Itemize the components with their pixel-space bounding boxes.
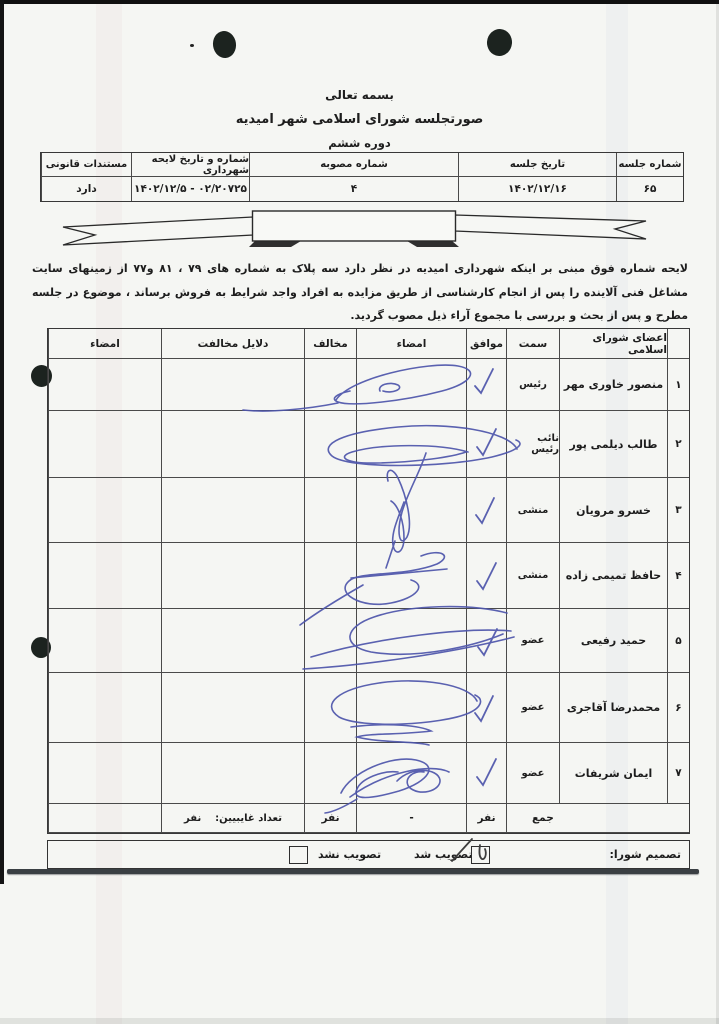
vote-table: اعضای شورای اسلامی سمت موافق امضاء مخالف… (47, 328, 690, 834)
scan-edge-bottom (0, 1018, 719, 1024)
oppose-cell (304, 743, 356, 804)
scan-shadow-line (7, 869, 699, 874)
oppose-reason-cell (161, 673, 304, 743)
member-name: منصور خاوری مهر (559, 359, 667, 411)
opposer-signature-cell (48, 543, 161, 609)
info-value-cell: ۴ (249, 177, 458, 201)
info-value-cell: ۱۴۰۲/۱۲/۱۶ (458, 177, 616, 201)
decision-label: تصمیم شورا: (609, 841, 681, 868)
member-position: عضو (506, 609, 559, 673)
oppose-reason-cell (161, 743, 304, 804)
totals-empty-cell (48, 804, 161, 833)
session-info-table: شماره جلسه تاریخ جلسه شماره مصوبه شماره … (40, 152, 684, 202)
punch-hole-mark (211, 30, 238, 60)
oppose-reason-cell (161, 411, 304, 478)
decision-bar: تصمیم شورا: تصویب شد تصویب نشد (47, 840, 690, 869)
row-number: ۱ (667, 359, 689, 411)
totals-signature-cell: - (356, 804, 466, 833)
info-header-cell: شماره مصوبه (249, 153, 458, 177)
opposer-signature-cell (48, 743, 161, 804)
signature-cell (356, 543, 466, 609)
totals-agree-cell: نفر (466, 804, 506, 833)
oppose-cell (304, 359, 356, 411)
approved-label: تصویب شد (414, 841, 473, 868)
agree-cell (466, 359, 506, 411)
vote-header-oppose: مخالف (304, 329, 356, 359)
oppose-reason-cell (161, 478, 304, 543)
info-header-cell: مستندات قانونی (41, 153, 131, 177)
term-subtitle: دوره ششم (0, 136, 719, 150)
member-position: منشی (506, 478, 559, 543)
scanned-council-minutes-page: بسمه تعالی صورتجلسه شورای اسلامی شهر امی… (0, 0, 719, 1024)
member-position: نائب رئیس (506, 411, 559, 478)
member-name: محمدرضا آقاجری (559, 673, 667, 743)
vote-header-oppose-reasons: دلایل مخالفت (161, 329, 304, 359)
agree-cell (466, 609, 506, 673)
bismillah-text: بسمه تعالی (0, 88, 719, 102)
signature-cell (356, 478, 466, 543)
punch-hole-mark (486, 28, 514, 57)
member-name: خسرو مرویان (559, 478, 667, 543)
row-number: ۲ (667, 411, 689, 478)
scan-edge-left (0, 0, 4, 884)
member-name: طالب دیلمی پور (559, 411, 667, 478)
agree-cell (466, 478, 506, 543)
signature-cell (356, 609, 466, 673)
signature-cell (356, 359, 466, 411)
vote-header-rowno (667, 329, 689, 359)
row-number: ۵ (667, 609, 689, 673)
row-number: ۷ (667, 743, 689, 804)
member-name: حافظ تمیمی زاده (559, 543, 667, 609)
ink-speck (190, 44, 194, 47)
vote-header-signature: امضاء (356, 329, 466, 359)
page-title: صورتجلسه شورای اسلامی شهر امیدیه (0, 112, 719, 127)
info-value-cell: دارد (41, 177, 131, 201)
signature-cell (356, 411, 466, 478)
member-name: حمید رفیعی (559, 609, 667, 673)
agree-cell (466, 673, 506, 743)
oppose-cell (304, 673, 356, 743)
signature-cell (356, 743, 466, 804)
row-number: ۳ (667, 478, 689, 543)
opposer-signature-cell (48, 359, 161, 411)
opposer-signature-cell (48, 478, 161, 543)
opposer-signature-cell (48, 609, 161, 673)
vote-header-agree: موافق (466, 329, 506, 359)
row-number: ۶ (667, 673, 689, 743)
member-name: ایمان شریفات (559, 743, 667, 804)
oppose-reason-cell (161, 609, 304, 673)
agree-cell (466, 743, 506, 804)
member-position: عضو (506, 743, 559, 804)
row-number: ۴ (667, 543, 689, 609)
not-approved-label: تصویب نشد (318, 841, 381, 868)
scan-edge-top (0, 0, 719, 4)
approved-checkbox (471, 846, 490, 864)
member-position: عضو (506, 673, 559, 743)
info-value-cell: ۰۲/۲۰۷۲۵ - ۱۴۰۲/۱۲/۵ (131, 177, 249, 201)
agree-cell (466, 543, 506, 609)
oppose-cell (304, 609, 356, 673)
totals-absent-cell: تعداد غایبیین: نفر (161, 804, 304, 833)
totals-oppose-cell: نفر (304, 804, 356, 833)
member-position: منشی (506, 543, 559, 609)
totals-label-cell: جمع (506, 804, 689, 833)
opposer-signature-cell (48, 411, 161, 478)
agree-cell (466, 411, 506, 478)
oppose-reason-cell (161, 543, 304, 609)
not-approved-checkbox (289, 846, 308, 864)
oppose-cell (304, 411, 356, 478)
oppose-cell (304, 478, 356, 543)
vote-header-signature2: امضاء (48, 329, 161, 359)
info-header-cell: تاریخ جلسه (458, 153, 616, 177)
info-header-cell: شماره جلسه (616, 153, 683, 177)
totals-label: جمع (532, 812, 554, 824)
member-position: رئیس (506, 359, 559, 411)
info-value-cell: ۶۵ (616, 177, 683, 201)
oppose-reason-cell (161, 359, 304, 411)
vote-header-members: اعضای شورای اسلامی (559, 329, 667, 359)
opposer-signature-cell (48, 673, 161, 743)
signature-cell (356, 673, 466, 743)
info-header-cell: شماره و تاریخ لایحه شهرداری (131, 153, 249, 177)
resolution-paragraph: لایحه شماره فوق مبنی بر اینکه شهرداری ام… (32, 257, 688, 328)
banner-title: ۸- متن مصوبه شورا (253, 211, 456, 241)
vote-header-position: سمت (506, 329, 559, 359)
oppose-cell (304, 543, 356, 609)
